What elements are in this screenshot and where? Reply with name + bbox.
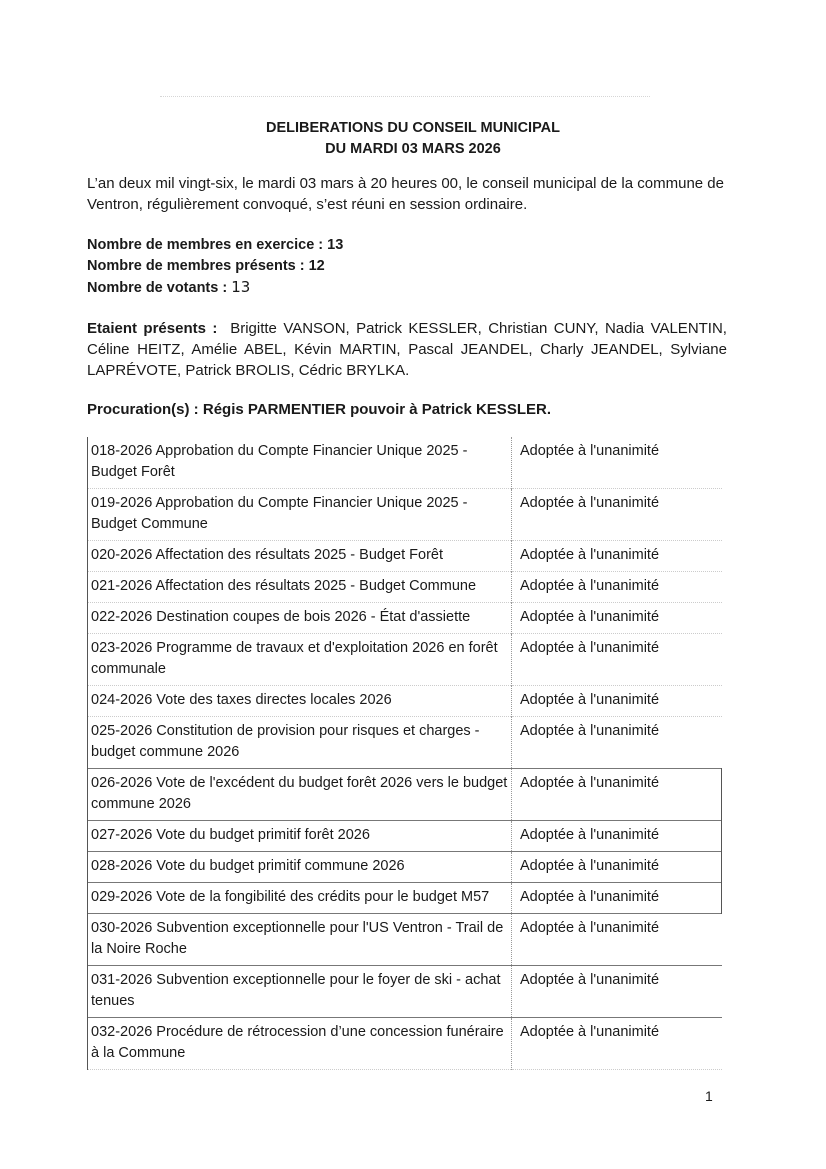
deliberation-row: 023-2026 Programme de travaux et d'explo… <box>88 634 722 686</box>
deliberation-subject: 025-2026 Constitution de provision pour … <box>88 717 512 769</box>
deliberation-subject: 021-2026 Affectation des résultats 2025 … <box>88 572 512 603</box>
deliberation-row: 028-2026 Vote du budget primitif commune… <box>88 852 722 883</box>
deliberation-subject: 032-2026 Procédure de rétrocession d’une… <box>88 1018 512 1070</box>
intro-paragraph: L’an deux mil vingt-six, le mardi 03 mar… <box>87 173 727 215</box>
deliberation-result: Adoptée à l'unanimité <box>512 541 722 572</box>
deliberation-subject: 028-2026 Vote du budget primitif commune… <box>88 852 512 883</box>
deliberation-result: Adoptée à l'unanimité <box>512 572 722 603</box>
deliberation-row: 026-2026 Vote de l'excédent du budget fo… <box>88 769 722 821</box>
deliberation-row: 020-2026 Affectation des résultats 2025 … <box>88 541 722 572</box>
deliberation-subject: 020-2026 Affectation des résultats 2025 … <box>88 541 512 572</box>
deliberation-row: 018-2026 Approbation du Compte Financier… <box>88 437 722 489</box>
deliberation-result: Adoptée à l'unanimité <box>512 686 722 717</box>
members-exercice-value: 13 <box>327 237 343 253</box>
deliberation-result: Adoptée à l'unanimité <box>512 914 722 966</box>
deliberation-row: 029-2026 Vote de la fongibilité des créd… <box>88 883 722 914</box>
deliberation-result: Adoptée à l'unanimité <box>512 603 722 634</box>
deliberation-subject: 031-2026 Subvention exceptionnelle pour … <box>88 966 512 1018</box>
members-votants-value: 13 <box>231 278 250 296</box>
deliberation-row: 019-2026 Approbation du Compte Financier… <box>88 489 722 541</box>
deliberation-subject: 022-2026 Destination coupes de bois 2026… <box>88 603 512 634</box>
deliberation-row: 031-2026 Subvention exceptionnelle pour … <box>88 966 722 1018</box>
deliberation-subject: 024-2026 Vote des taxes directes locales… <box>88 686 512 717</box>
document-title: DELIBERATIONS DU CONSEIL MUNICIPAL DU MA… <box>0 118 826 160</box>
deliberation-subject: 019-2026 Approbation du Compte Financier… <box>88 489 512 541</box>
deliberation-subject: 030-2026 Subvention exceptionnelle pour … <box>88 914 512 966</box>
page-number: 1 <box>705 1088 713 1104</box>
deliberation-result: Adoptée à l'unanimité <box>512 634 722 686</box>
deliberation-row: 021-2026 Affectation des résultats 2025 … <box>88 572 722 603</box>
deliberation-result: Adoptée à l'unanimité <box>512 966 722 1018</box>
deliberation-subject: 029-2026 Vote de la fongibilité des créd… <box>88 883 512 914</box>
title-line-2: DU MARDI 03 MARS 2026 <box>0 139 826 160</box>
deliberation-subject: 018-2026 Approbation du Compte Financier… <box>88 437 512 489</box>
deliberation-result: Adoptée à l'unanimité <box>512 883 722 914</box>
attendees-label: Etaient présents : <box>87 320 217 337</box>
deliberation-subject: 027-2026 Vote du budget primitif forêt 2… <box>88 821 512 852</box>
member-counts: Nombre de membres en exercice : 13 Nombr… <box>87 235 343 299</box>
members-presents: Nombre de membres présents : 12 <box>87 256 343 277</box>
deliberation-row: 027-2026 Vote du budget primitif forêt 2… <box>88 821 722 852</box>
members-exercice: Nombre de membres en exercice : 13 <box>87 235 343 256</box>
deliberation-result: Adoptée à l'unanimité <box>512 821 722 852</box>
proxy-paragraph: Procuration(s) : Régis PARMENTIER pouvoi… <box>87 399 551 420</box>
attendees-paragraph: Etaient présents : Brigitte VANSON, Patr… <box>87 318 727 381</box>
deliberation-result: Adoptée à l'unanimité <box>512 1018 722 1070</box>
deliberation-row: 025-2026 Constitution de provision pour … <box>88 717 722 769</box>
members-votants: Nombre de votants : 13 <box>87 277 343 299</box>
proxy-text: Régis PARMENTIER pouvoir à Patrick KESSL… <box>203 401 551 418</box>
deliberation-row: 022-2026 Destination coupes de bois 2026… <box>88 603 722 634</box>
deliberation-row: 030-2026 Subvention exceptionnelle pour … <box>88 914 722 966</box>
deliberation-result: Adoptée à l'unanimité <box>512 717 722 769</box>
deliberation-subject: 023-2026 Programme de travaux et d'explo… <box>88 634 512 686</box>
scan-artifact <box>160 96 650 101</box>
deliberation-result: Adoptée à l'unanimité <box>512 769 722 821</box>
deliberation-subject: 026-2026 Vote de l'excédent du budget fo… <box>88 769 512 821</box>
title-line-1: DELIBERATIONS DU CONSEIL MUNICIPAL <box>0 118 826 139</box>
deliberation-result: Adoptée à l'unanimité <box>512 852 722 883</box>
proxy-label: Procuration(s) : <box>87 401 199 418</box>
members-presents-value: 12 <box>309 258 325 274</box>
deliberation-result: Adoptée à l'unanimité <box>512 489 722 541</box>
deliberation-row: 032-2026 Procédure de rétrocession d’une… <box>88 1018 722 1070</box>
deliberation-row: 024-2026 Vote des taxes directes locales… <box>88 686 722 717</box>
deliberation-result: Adoptée à l'unanimité <box>512 437 722 489</box>
deliberations-table: 018-2026 Approbation du Compte Financier… <box>87 437 722 1070</box>
